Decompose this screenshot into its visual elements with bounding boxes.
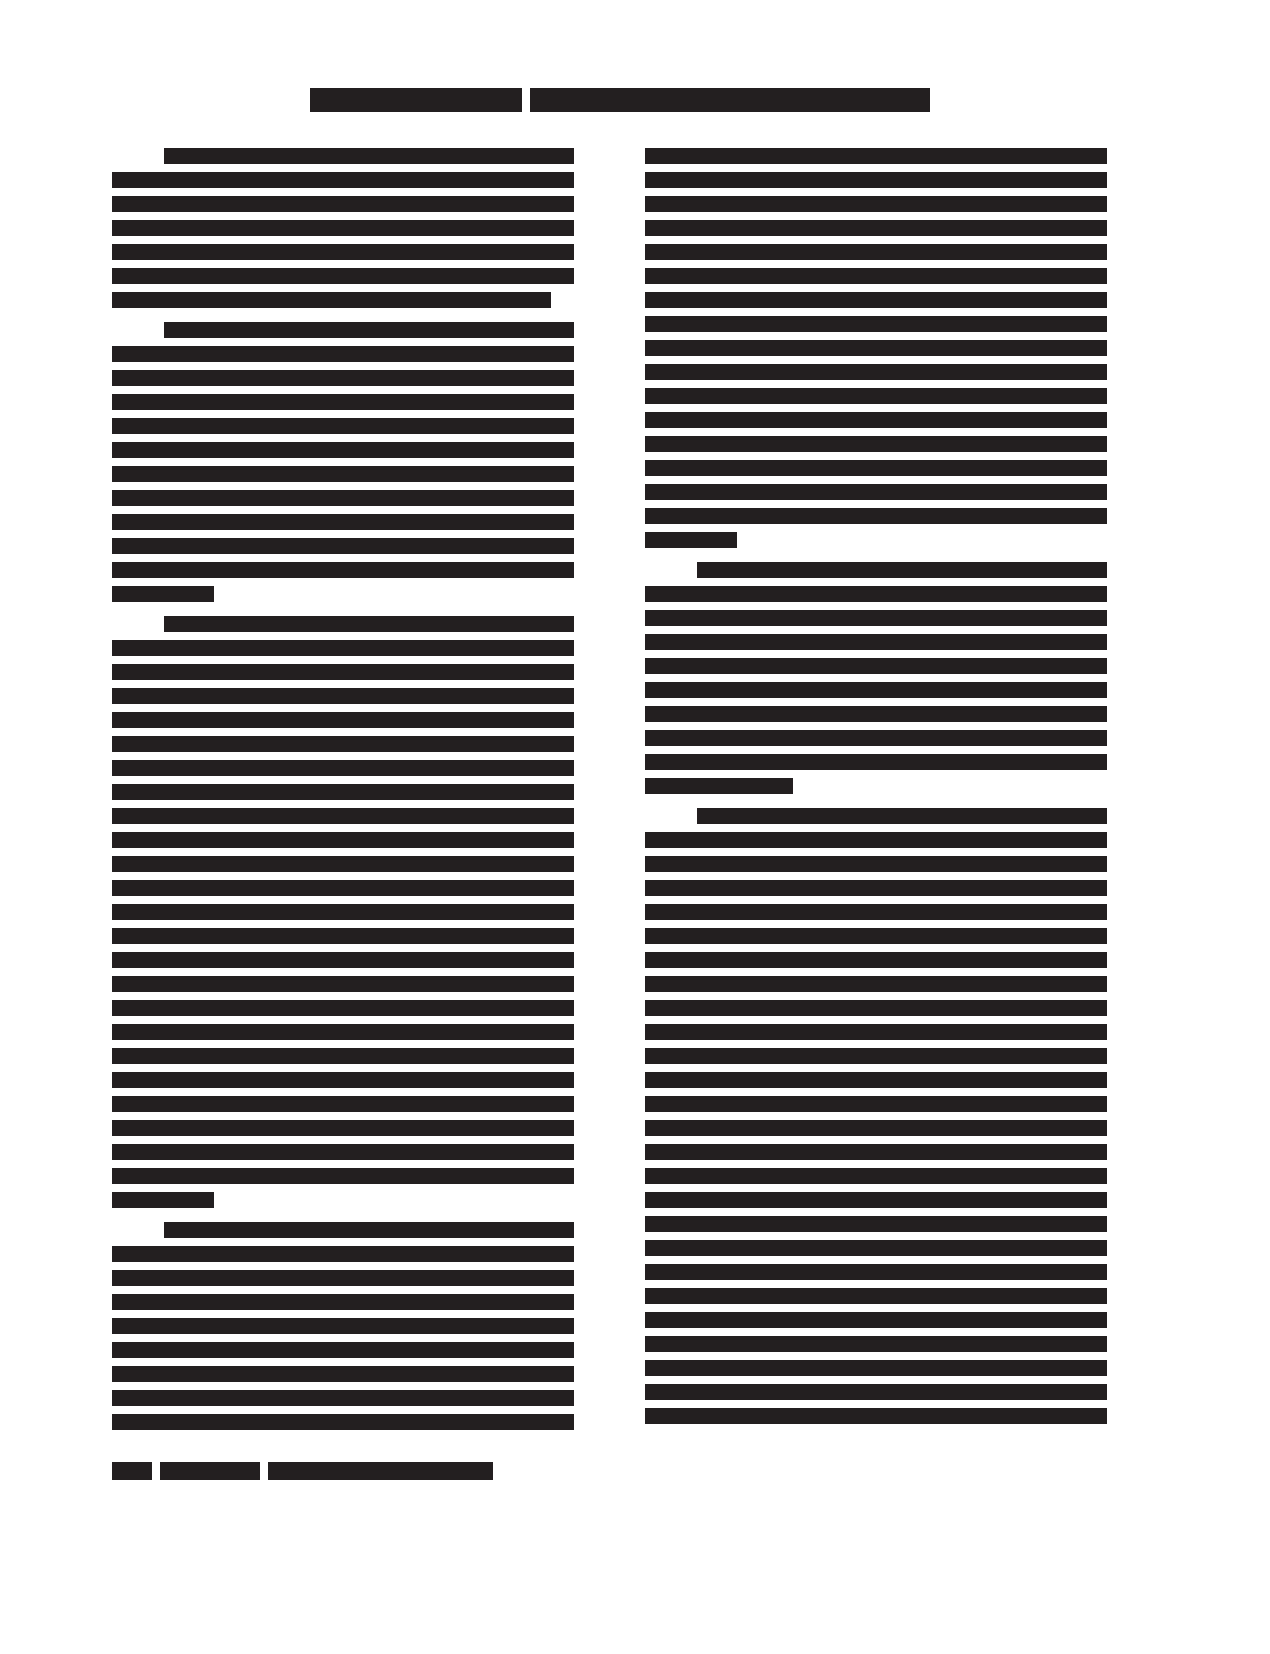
redacted-text-line [645, 1168, 1107, 1184]
redacted-text-line [645, 586, 1107, 602]
redacted-text-line [645, 412, 1107, 428]
redacted-text-line [645, 1192, 1107, 1208]
redacted-text-line [645, 1360, 1107, 1376]
redacted-text-line [645, 196, 1107, 212]
redacted-text-line [112, 688, 574, 704]
redacted-text-line [645, 1336, 1107, 1352]
redacted-text-line [112, 586, 214, 602]
redacted-text-line [645, 1408, 1107, 1424]
redacted-text-line [645, 856, 1107, 872]
redacted-text-line [645, 832, 1107, 848]
redacted-text-line [645, 778, 793, 794]
redacted-text-line [112, 1294, 574, 1310]
redacted-text-line [645, 610, 1107, 626]
redacted-text-line [164, 322, 574, 338]
redacted-text-line [645, 682, 1107, 698]
redacted-text-line [112, 466, 574, 482]
redacted-text-line [645, 730, 1107, 746]
redacted-text-line [112, 808, 574, 824]
redacted-text-line [112, 1342, 574, 1358]
redacted-text-line [645, 706, 1107, 722]
redacted-text-line [645, 532, 737, 548]
redacted-text-line [645, 1312, 1107, 1328]
redacted-text-line [112, 1192, 214, 1208]
redacted-text-line [645, 316, 1107, 332]
redacted-text-line [645, 244, 1107, 260]
redacted-text-line [645, 220, 1107, 236]
redacted-text-line [112, 220, 574, 236]
redacted-text-line [645, 1048, 1107, 1064]
redacted-text-line [112, 976, 574, 992]
redacted-text-line [112, 712, 574, 728]
redacted-text-line [112, 952, 574, 968]
redacted-text-line [112, 538, 574, 554]
redacted-text-line [645, 436, 1107, 452]
redacted-text-line [164, 1222, 574, 1238]
redacted-text-line [112, 640, 574, 656]
redacted-text-line [112, 1366, 574, 1382]
redacted-text-line [645, 1000, 1107, 1016]
redacted-text-line [645, 364, 1107, 380]
redacted-text-line [645, 1264, 1107, 1280]
redacted-text-line [645, 292, 1107, 308]
redacted-text-line [645, 1288, 1107, 1304]
redacted-text-line [645, 634, 1107, 650]
redacted-text-line [645, 1096, 1107, 1112]
redacted-text-line [112, 490, 574, 506]
redacted-text-line [112, 1246, 574, 1262]
redacted-text-line [112, 664, 574, 680]
redacted-text-line [112, 442, 574, 458]
redacted-text-line [645, 880, 1107, 896]
redacted-text-line [112, 394, 574, 410]
redacted-text-line [697, 808, 1107, 824]
redacted-text-line [112, 418, 574, 434]
redacted-text-line [112, 514, 574, 530]
redacted-text-line [645, 1144, 1107, 1160]
redacted-text-line [112, 244, 574, 260]
redacted-text-line [112, 346, 574, 362]
redacted-text-line [112, 562, 574, 578]
redacted-text-line [112, 1048, 574, 1064]
redacted-text-line [645, 1024, 1107, 1040]
redacted-text-line [164, 616, 574, 632]
redacted-text-line [645, 976, 1107, 992]
redacted-text-line [112, 832, 574, 848]
redacted-text-line [112, 856, 574, 872]
left-column [112, 148, 574, 1444]
right-column [645, 148, 1107, 1438]
redacted-text-line [645, 754, 1107, 770]
redacted-text-line [645, 340, 1107, 356]
page-footer: [redacted page number and journal citati… [112, 1462, 493, 1480]
redacted-text-line [112, 1000, 574, 1016]
redacted-text-line [112, 1096, 574, 1112]
redacted-text-line [112, 1318, 574, 1334]
redacted-text-line [112, 1270, 574, 1286]
redacted-text-line [645, 658, 1107, 674]
redacted-text-line [112, 736, 574, 752]
redacted-text-line [645, 508, 1107, 524]
redacted-text-line [112, 1144, 574, 1160]
redacted-text-line [645, 460, 1107, 476]
redacted-text-line [645, 928, 1107, 944]
redacted-text-line [112, 1072, 574, 1088]
redacted-text-line [645, 172, 1107, 188]
redacted-text-line [112, 1024, 574, 1040]
redacted-text-line [112, 760, 574, 776]
redacted-text-line [645, 1240, 1107, 1256]
redacted-text-line [112, 1168, 574, 1184]
redacted-text-line [112, 784, 574, 800]
redacted-text-line [645, 1072, 1107, 1088]
redacted-text-line [112, 370, 574, 386]
redacted-text-line [645, 904, 1107, 920]
article-title: [redacted article title] [310, 88, 940, 112]
redacted-text-line [645, 1120, 1107, 1136]
redacted-text-line [645, 1216, 1107, 1232]
redacted-text-line [112, 196, 574, 212]
redacted-text-line [645, 1384, 1107, 1400]
redacted-text-line [645, 148, 1107, 164]
redacted-text-line [112, 292, 551, 308]
redacted-text-line [697, 562, 1107, 578]
redacted-text-line [645, 484, 1107, 500]
title-redaction [530, 88, 930, 112]
redacted-text-line [645, 952, 1107, 968]
redacted-text-line [112, 1390, 574, 1406]
redacted-text-line [164, 148, 574, 164]
redacted-text-line [112, 1120, 574, 1136]
redacted-text-line [112, 268, 574, 284]
redacted-text-line [645, 268, 1107, 284]
redacted-text-line [645, 388, 1107, 404]
redacted-text-line [112, 880, 574, 896]
redacted-text-line [112, 928, 574, 944]
redacted-text-line [112, 172, 574, 188]
redacted-text-line [112, 904, 574, 920]
redacted-text-line [112, 1414, 574, 1430]
